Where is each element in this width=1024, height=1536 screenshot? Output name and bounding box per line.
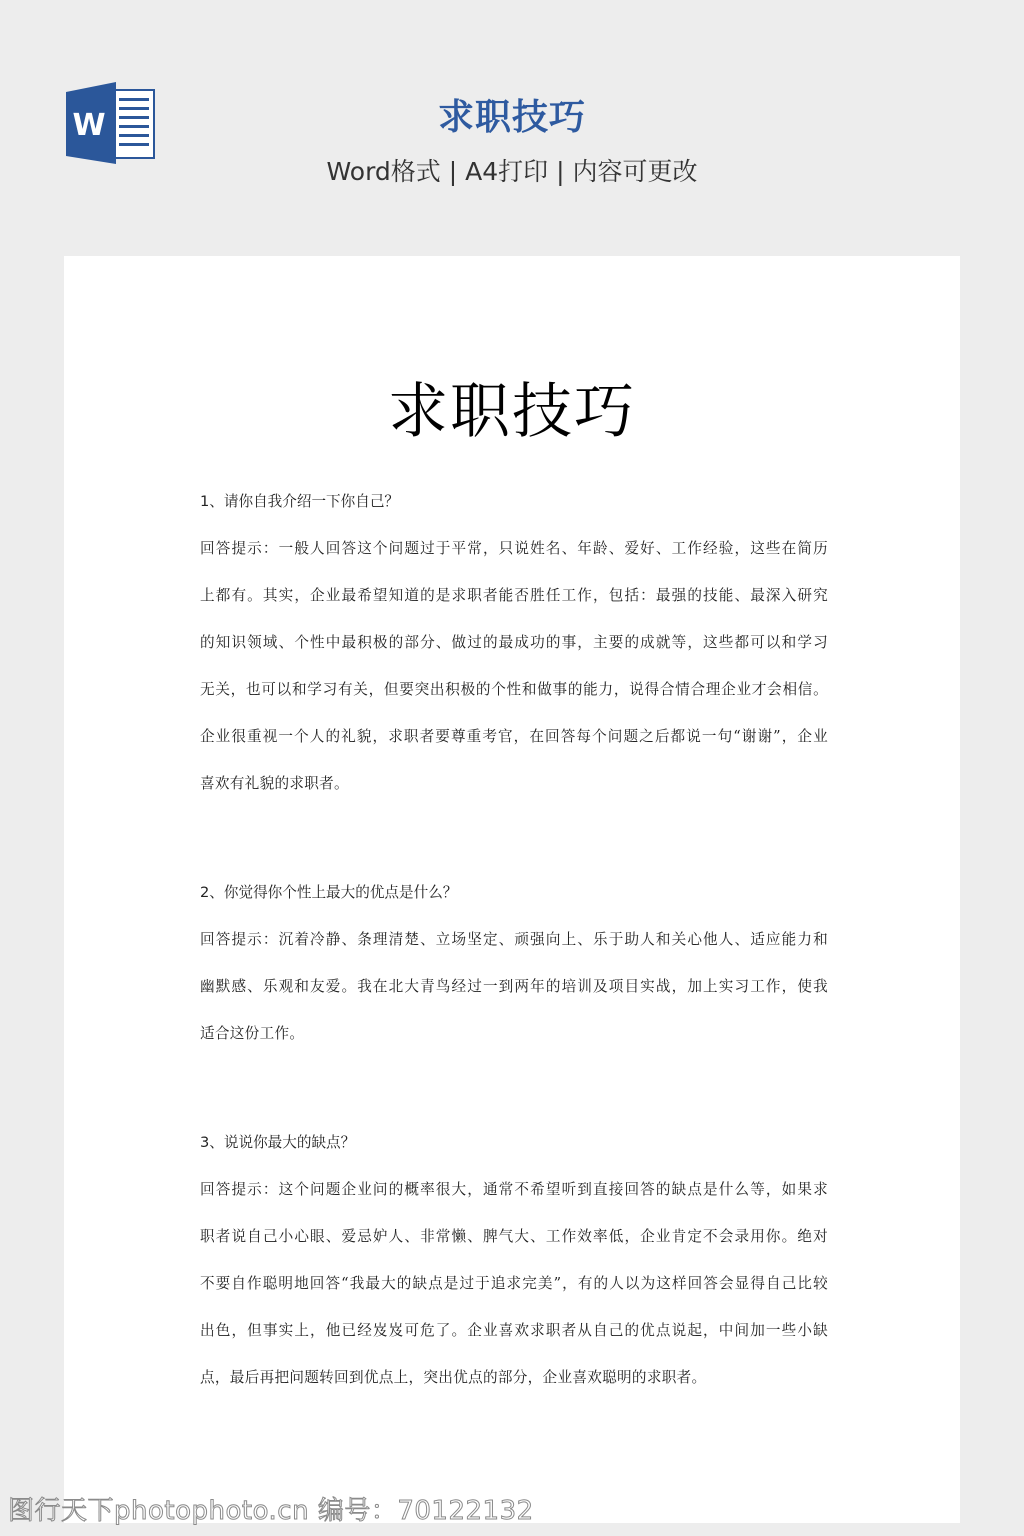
answer-line: 回答提示：一般人回答这个问题过于平常，只说姓名、年龄、爱好、工作经验，这些在简历 (200, 525, 828, 572)
document-content: 1、请你自我介绍一下你自己？ 回答提示：一般人回答这个问题过于平常，只说姓名、年… (200, 478, 828, 1463)
answer-line: 企业很重视一个人的礼貌，求职者要尊重考官，在回答每个问题之后都说一句“谢谢”，企… (200, 713, 828, 760)
document-title: 求职技巧 (64, 372, 960, 452)
answer-line: 无关，也可以和学习有关，但要突出积极的个性和做事的能力，说得合情合理企业才会相信… (200, 666, 828, 713)
watermark: 图行天下photophoto.cn 编号：70122132 (8, 1490, 534, 1527)
question-2: 2、你觉得你个性上最大的优点是什么？ (200, 869, 828, 916)
answer-line: 回答提示：沉着冷静、条理清楚、立场坚定、顽强向上、乐于助人和关心他人、适应能力和 (200, 916, 828, 963)
qa-section-2: 2、你觉得你个性上最大的优点是什么？ 回答提示：沉着冷静、条理清楚、立场坚定、顽… (200, 869, 828, 1057)
document-page: 求职技巧 1、请你自我介绍一下你自己？ 回答提示：一般人回答这个问题过于平常，只… (64, 256, 960, 1523)
answer-line: 不要自作聪明地回答“我最大的缺点是过于追求完美”，有的人以为这样回答会显得自己比… (200, 1260, 828, 1307)
answer-line: 回答提示：这个问题企业问的概率很大，通常不希望听到直接回答的缺点是什么等，如果求 (200, 1166, 828, 1213)
question-3: 3、说说你最大的缺点？ (200, 1119, 828, 1166)
answer-line: 喜欢有礼貌的求职者。 (200, 760, 828, 807)
answer-line: 适合这份工作。 (200, 1010, 828, 1057)
answer-line: 幽默感、乐观和友爱。我在北大青鸟经过一到两年的培训及项目实战，加上实习工作，使我 (200, 963, 828, 1010)
header-subtitle: Word格式 | A4打印 | 内容可更改 (0, 152, 1024, 192)
answer-line: 出色，但事实上，他已经岌岌可危了。企业喜欢求职者从自己的优点说起，中间加一些小缺 (200, 1307, 828, 1354)
answer-line: 上都有。其实，企业最希望知道的是求职者能否胜任工作，包括：最强的技能、最深入研究 (200, 572, 828, 619)
header-title: 求职技巧 (0, 94, 1024, 142)
answer-line: 点，最后再把问题转回到优点上，突出优点的部分，企业喜欢聪明的求职者。 (200, 1354, 828, 1401)
answer-line: 的知识领域、个性中最积极的部分、做过的最成功的事，主要的成就等，这些都可以和学习 (200, 619, 828, 666)
qa-section-1: 1、请你自我介绍一下你自己？ 回答提示：一般人回答这个问题过于平常，只说姓名、年… (200, 478, 828, 807)
question-1: 1、请你自我介绍一下你自己？ (200, 478, 828, 525)
answer-line: 职者说自己小心眼、爱忌妒人、非常懒、脾气大、工作效率低，企业肯定不会录用你。绝对 (200, 1213, 828, 1260)
qa-section-3: 3、说说你最大的缺点？ 回答提示：这个问题企业问的概率很大，通常不希望听到直接回… (200, 1119, 828, 1401)
